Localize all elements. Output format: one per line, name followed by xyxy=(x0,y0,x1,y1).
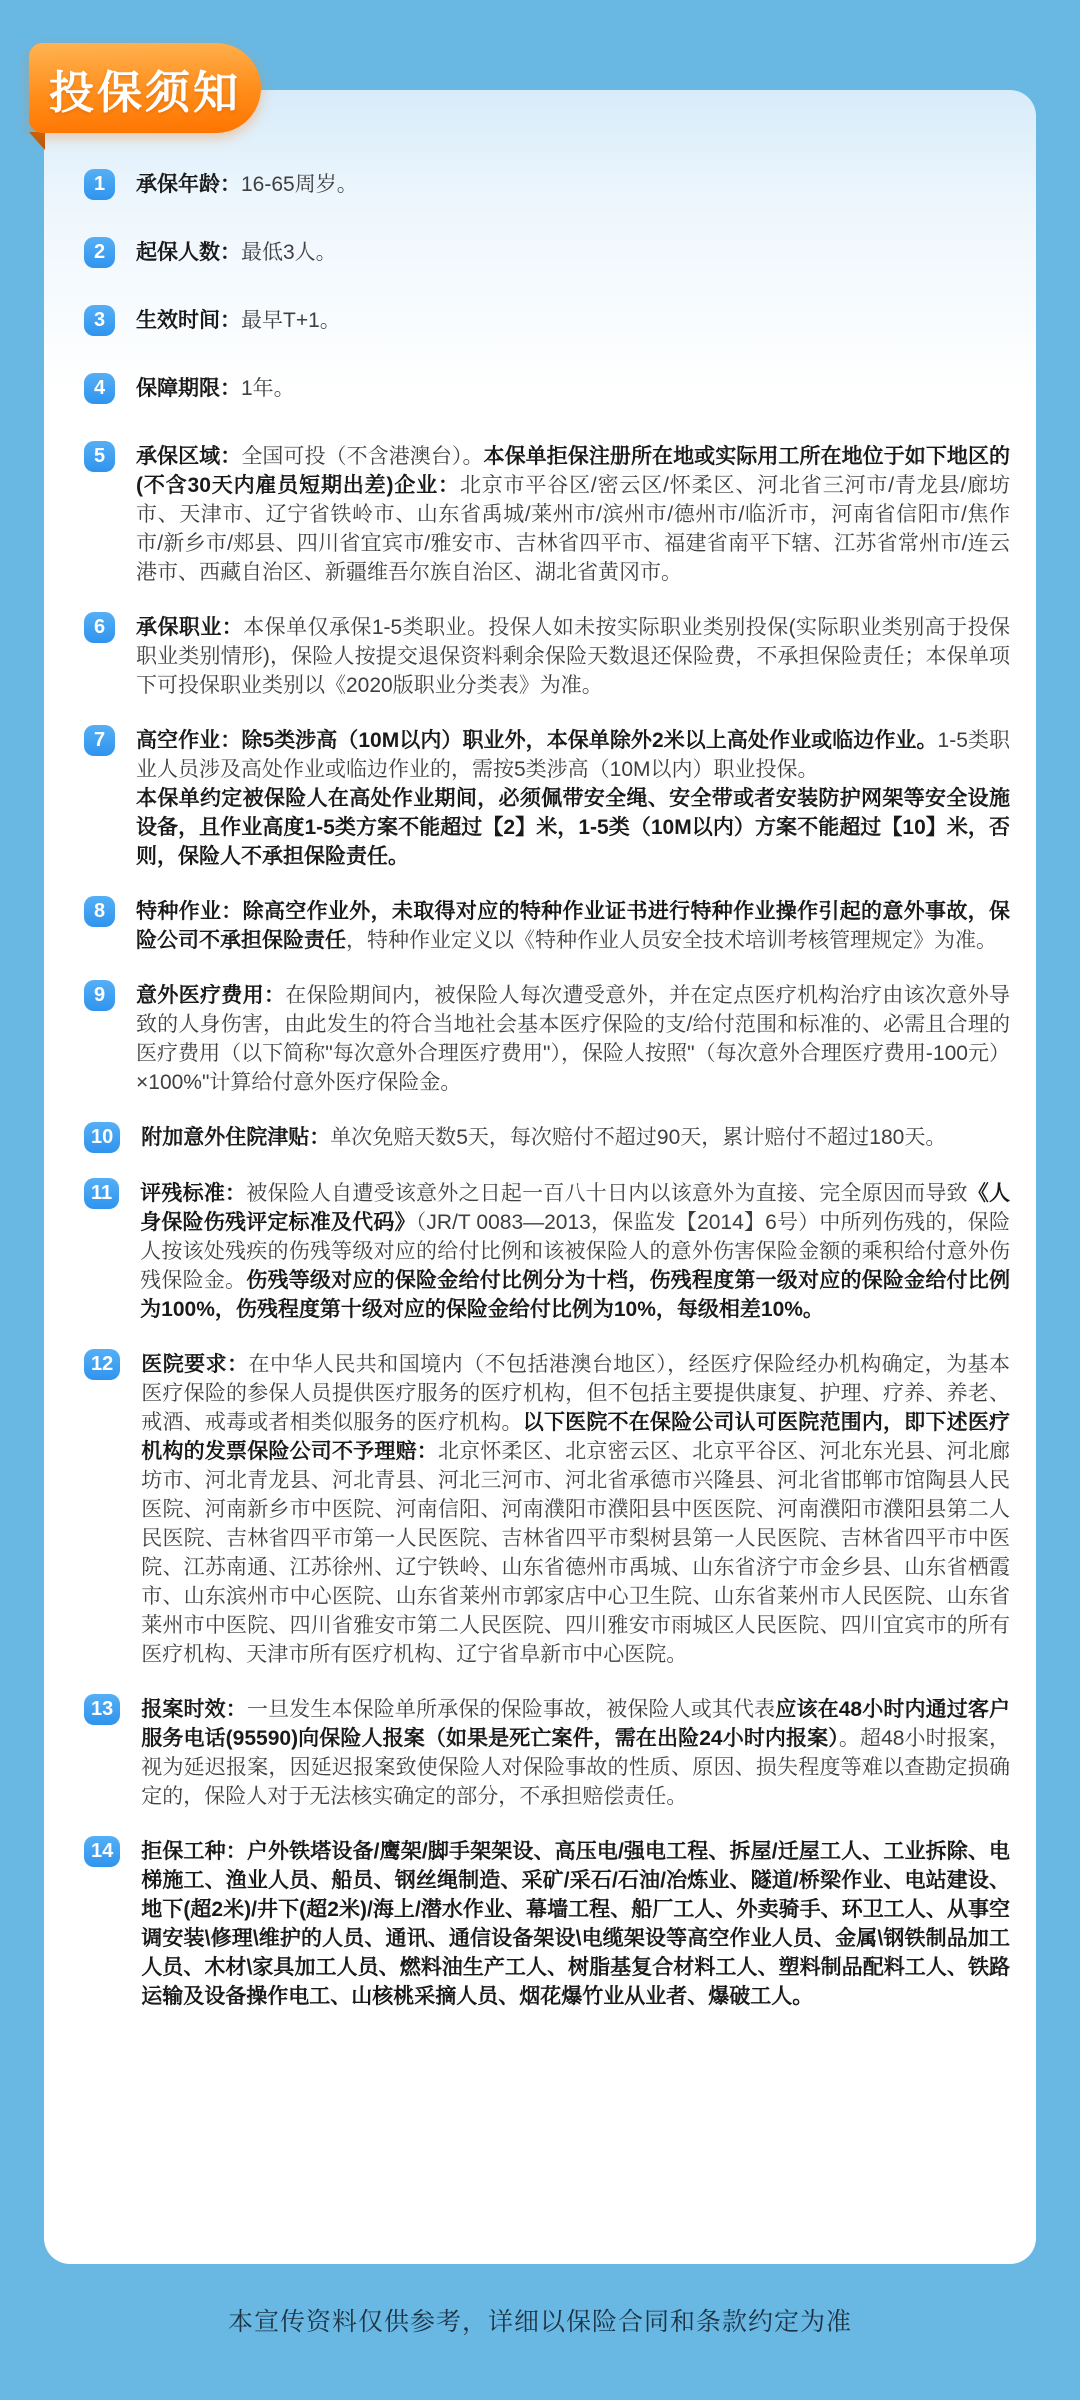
notice-item: 8 特种作业：除高空作业外，未取得对应的特种作业证书进行特种作业操作引起的意外事… xyxy=(84,897,1010,955)
notice-list: 1 承保年龄：16-65周岁。 2 起保人数：最低3人。 3 生效时间：最早T+… xyxy=(84,170,1010,2011)
notice-item: 14 拒保工种：户外铁塔设备/鹰架/脚手架架设、高压电/强电工程、拆屋/迁屋工人… xyxy=(84,1837,1010,2011)
notice-item: 12 医院要求：在中华人民共和国境内（不包括港澳台地区），经医疗保险经办机构确定… xyxy=(84,1350,1010,1669)
notice-text: 保障期限：1年。 xyxy=(136,374,295,403)
badge-fold-decoration xyxy=(29,132,45,150)
notice-text: 承保职业：本保单仅承保1-5类职业。投保人如未按实际职业类别投保(实际职业类别高… xyxy=(136,613,1010,700)
notice-item: 3 生效时间：最早T+1。 xyxy=(84,306,1010,336)
notice-number-badge: 2 xyxy=(84,237,115,268)
notice-number-badge: 8 xyxy=(84,896,115,927)
notice-number-badge: 14 xyxy=(84,1836,120,1867)
notice-item: 1 承保年龄：16-65周岁。 xyxy=(84,170,1010,200)
notice-item: 5 承保区域：全国可投（不含港澳台）。本保单拒保注册所在地或实际用工所在地位于如… xyxy=(84,442,1010,587)
notice-number-badge: 4 xyxy=(84,373,115,404)
notice-item: 11 评残标准：被保险人自遭受该意外之日起一百八十日内以该意外为直接、完全原因而… xyxy=(84,1179,1010,1324)
title-badge: 投保须知 xyxy=(29,43,261,133)
notice-number-badge: 3 xyxy=(84,305,115,336)
notice-text: 起保人数：最低3人。 xyxy=(136,238,337,267)
notice-text: 医院要求：在中华人民共和国境内（不包括港澳台地区），经医疗保险经办机构确定，为基… xyxy=(141,1350,1010,1669)
notice-number-badge: 1 xyxy=(84,169,115,200)
notice-number-badge: 13 xyxy=(84,1694,120,1725)
notice-number-badge: 10 xyxy=(84,1122,120,1153)
notice-item: 9 意外医疗费用：在保险期间内，被保险人每次遭受意外，并在定点医疗机构治疗由该次… xyxy=(84,981,1010,1097)
notice-item: 4 保障期限：1年。 xyxy=(84,374,1010,404)
notice-number-badge: 6 xyxy=(84,612,115,643)
notice-number-badge: 12 xyxy=(84,1349,120,1380)
notice-text: 附加意外住院津贴：单次免赔天数5天，每次赔付不超过90天，累计赔付不超过180天… xyxy=(141,1123,946,1152)
notice-item: 6 承保职业：本保单仅承保1-5类职业。投保人如未按实际职业类别投保(实际职业类… xyxy=(84,613,1010,700)
notice-text: 承保年龄：16-65周岁。 xyxy=(136,170,358,199)
disclaimer-text: 本宣传资料仅供参考，详细以保险合同和条款约定为准 xyxy=(0,2302,1080,2338)
notice-item: 7 高空作业：除5类涉高（10M以内）职业外，本保单除外2米以上高处作业或临边作… xyxy=(84,726,1010,871)
notice-text: 承保区域：全国可投（不含港澳台）。本保单拒保注册所在地或实际用工所在地位于如下地… xyxy=(136,442,1010,587)
notice-number-badge: 7 xyxy=(84,725,115,756)
notice-item: 10 附加意外住院津贴：单次免赔天数5天，每次赔付不超过90天，累计赔付不超过1… xyxy=(84,1123,1010,1153)
notice-number-badge: 5 xyxy=(84,441,115,472)
notice-text: 生效时间：最早T+1。 xyxy=(136,306,341,335)
notice-number-badge: 9 xyxy=(84,980,115,1011)
notice-item: 13 报案时效：一旦发生本保险单所承保的保险事故，被保险人或其代表应该在48小时… xyxy=(84,1695,1010,1811)
notice-card: 1 承保年龄：16-65周岁。 2 起保人数：最低3人。 3 生效时间：最早T+… xyxy=(44,90,1036,2264)
page-title: 投保须知 xyxy=(49,56,241,121)
notice-text: 评残标准：被保险人自遭受该意外之日起一百八十日内以该意外为直接、完全原因而导致《… xyxy=(140,1179,1010,1324)
notice-item: 2 起保人数：最低3人。 xyxy=(84,238,1010,268)
notice-number-badge: 11 xyxy=(84,1178,119,1209)
notice-text: 高空作业：除5类涉高（10M以内）职业外，本保单除外2米以上高处作业或临边作业。… xyxy=(136,726,1010,871)
notice-text: 特种作业：除高空作业外，未取得对应的特种作业证书进行特种作业操作引起的意外事故，… xyxy=(136,897,1010,955)
notice-text: 意外医疗费用：在保险期间内，被保险人每次遭受意外，并在定点医疗机构治疗由该次意外… xyxy=(136,981,1010,1097)
notice-text: 拒保工种：户外铁塔设备/鹰架/脚手架架设、高压电/强电工程、拆屋/迁屋工人、工业… xyxy=(141,1837,1010,2011)
notice-text: 报案时效：一旦发生本保险单所承保的保险事故，被保险人或其代表应该在48小时内通过… xyxy=(141,1695,1010,1811)
